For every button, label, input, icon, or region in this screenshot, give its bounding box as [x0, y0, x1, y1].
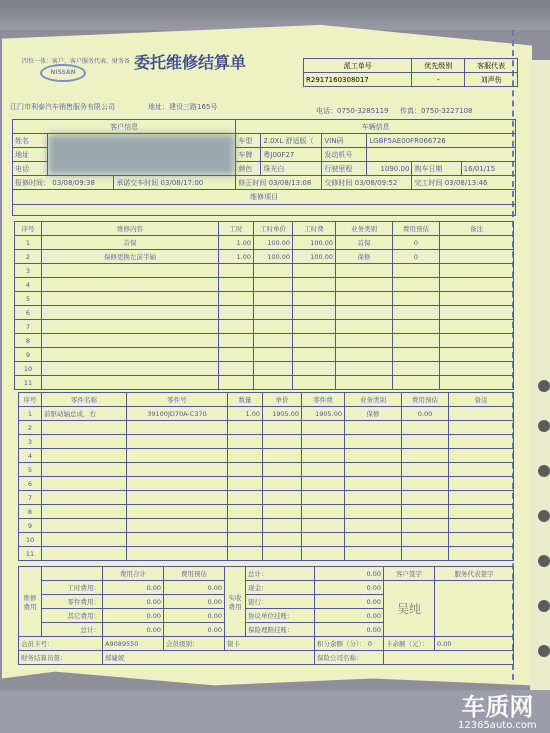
- table-cell: 1.00: [228, 407, 263, 421]
- table-cell: 保修更换左前半轴: [42, 250, 219, 264]
- table-cell: 8: [15, 334, 42, 348]
- table-cell: [219, 376, 254, 390]
- table-cell: [302, 435, 345, 449]
- points: 积分余额（分）： 0: [315, 637, 384, 651]
- table-row: 7: [19, 491, 514, 505]
- table-cell: 0: [393, 236, 440, 250]
- table-cell: 2: [19, 421, 42, 435]
- purchase-date-label: 购车日期: [412, 162, 461, 176]
- company-name: 江门市利泰汽车销售服务有限公司: [10, 102, 115, 112]
- table-cell: [393, 306, 440, 320]
- table-cell: [293, 334, 336, 348]
- col-qty: 数量: [228, 393, 263, 407]
- table-cell: [302, 519, 345, 533]
- cash-value: 0.00: [315, 581, 384, 595]
- cash-label: 现金：: [246, 581, 315, 595]
- table-cell: [393, 334, 440, 348]
- table-cell: [402, 547, 449, 561]
- table-cell: [228, 421, 263, 435]
- customer-info-title: 客户信息: [13, 120, 236, 134]
- member-level-label: 会员级别：: [164, 637, 225, 651]
- col-part-name: 零件名称: [42, 393, 127, 407]
- phone-label: 电话: [13, 162, 48, 176]
- settle-time: 交修时间 03/08/09:52: [322, 176, 412, 190]
- table-cell: [219, 348, 254, 362]
- table-cell: [449, 505, 514, 519]
- customer-details-redacted: [48, 134, 236, 176]
- table-cell: [219, 278, 254, 292]
- table-cell: 7: [19, 491, 42, 505]
- agreement-unit-value: 0.00: [315, 609, 384, 623]
- service-rep-signature: [435, 581, 514, 637]
- table-cell: [127, 533, 228, 547]
- feed-hole: [538, 555, 550, 567]
- table-cell: [449, 421, 514, 435]
- table-cell: [42, 292, 219, 306]
- vin-value: LGBF5AE00FR066726: [367, 134, 516, 148]
- table-cell: [254, 334, 293, 348]
- insurance-company-label: 保险公司名称：: [315, 651, 384, 665]
- table-cell: [440, 278, 514, 292]
- table-cell: 8: [19, 505, 42, 519]
- table-cell: [449, 547, 514, 561]
- card-balance-label: 卡余额（元）：: [384, 637, 435, 651]
- table-cell: [302, 449, 345, 463]
- header-priority: 优先级别: [412, 59, 465, 73]
- table-cell: 100.00: [293, 236, 336, 250]
- col-repair-content: 维修内容: [42, 222, 219, 236]
- table-cell: [42, 463, 127, 477]
- table-cell: [345, 519, 402, 533]
- table-row: 8: [19, 505, 514, 519]
- table-cell: [440, 236, 514, 250]
- grand-total-label: 总计：: [42, 623, 103, 637]
- parts-table: 序号 零件名称 零件号 数量 单价 零件费 业务类别 费用预估 备注 1前驱动轴…: [18, 392, 514, 561]
- table-cell: [228, 449, 263, 463]
- table-row: 6: [19, 477, 514, 491]
- table-cell: [254, 376, 293, 390]
- labor-fee-total: 0.00: [103, 581, 164, 595]
- actual-fee-label: 实收费用: [225, 567, 246, 637]
- model-label: 车型: [236, 134, 261, 148]
- feed-hole: [538, 645, 550, 657]
- table-cell: 4: [15, 278, 42, 292]
- table-cell: 9: [15, 348, 42, 362]
- table-cell: [336, 278, 393, 292]
- table-cell: [42, 505, 127, 519]
- table-cell: [449, 477, 514, 491]
- table-row: 4: [19, 449, 514, 463]
- table-cell: [393, 348, 440, 362]
- nissan-logo-icon: NISSAN: [40, 64, 86, 82]
- table-row: 1前驱动轴总成，右39100JD70A-C3701.001905.001905.…: [19, 407, 514, 421]
- table-cell: 首保: [42, 236, 219, 250]
- table-cell: [393, 376, 440, 390]
- table-cell: [228, 505, 263, 519]
- correction-time: 修正时间 03/08/13:08: [236, 176, 322, 190]
- settlement-label: 财务结算员签：: [19, 651, 103, 665]
- table-cell: [42, 491, 127, 505]
- table-cell: 1: [15, 236, 42, 250]
- table-cell: [42, 334, 219, 348]
- table-cell: [402, 463, 449, 477]
- table-cell: 2: [15, 250, 42, 264]
- table-cell: 3: [15, 264, 42, 278]
- table-cell: 100.00: [254, 236, 293, 250]
- company-address: 地址：建设三路165号: [148, 102, 217, 112]
- table-cell: 3: [19, 435, 42, 449]
- table-cell: [440, 348, 514, 362]
- table-row: 7: [15, 320, 514, 334]
- feed-hole: [538, 420, 550, 432]
- col-part-no: 零件号: [127, 393, 228, 407]
- table-cell: [336, 334, 393, 348]
- table-cell: [42, 348, 219, 362]
- member-no-label: 会员卡号：: [19, 637, 103, 651]
- table-cell: [302, 547, 345, 561]
- table-cell: [336, 348, 393, 362]
- col-remark: 备注: [449, 393, 514, 407]
- repair-items-title: 维修项目: [13, 190, 516, 205]
- table-cell: [263, 533, 302, 547]
- feed-hole: [538, 465, 550, 477]
- table-cell: 前驱动轴总成，右: [42, 407, 127, 421]
- table-cell: [393, 320, 440, 334]
- table-cell: [449, 491, 514, 505]
- table-cell: [402, 519, 449, 533]
- table-cell: [228, 477, 263, 491]
- table-cell: 100.00: [293, 250, 336, 264]
- mileage-value: 1090.00: [367, 162, 412, 176]
- engine-label: 发动机号: [322, 148, 367, 162]
- table-cell: 11: [19, 547, 42, 561]
- table-cell: [127, 477, 228, 491]
- fee-estimate-header: 费用预估: [164, 567, 225, 581]
- table-cell: [440, 376, 514, 390]
- table-cell: 11: [15, 376, 42, 390]
- col-no: 序号: [15, 222, 42, 236]
- table-cell: [440, 306, 514, 320]
- parts-fee-label: 零件费用：: [42, 595, 103, 609]
- table-cell: [345, 505, 402, 519]
- table-cell: [293, 362, 336, 376]
- table-cell: [402, 421, 449, 435]
- table-cell: 9: [19, 519, 42, 533]
- fees-summary: 维修费用 费用合计 费用预估 实收费用 总计： 0.00 客户签字 服务代表签字…: [18, 566, 514, 665]
- insurance-company-value: [384, 651, 514, 665]
- table-cell: [42, 477, 127, 491]
- table-cell: [127, 547, 228, 561]
- table-cell: [127, 519, 228, 533]
- table-cell: [228, 491, 263, 505]
- table-cell: [302, 463, 345, 477]
- table-cell: [219, 306, 254, 320]
- table-cell: [228, 547, 263, 561]
- table-cell: [42, 519, 127, 533]
- table-cell: [127, 421, 228, 435]
- service-rep-value: 刘声伤: [465, 73, 518, 87]
- mileage-label: 行驶里程: [322, 162, 367, 176]
- table-cell: [263, 547, 302, 561]
- table-row: 2: [19, 421, 514, 435]
- table-cell: [42, 435, 127, 449]
- customer-sign-label: 客户签字: [384, 567, 435, 581]
- table-cell: [345, 491, 402, 505]
- table-cell: [293, 320, 336, 334]
- col-estimate: 费用预估: [402, 393, 449, 407]
- fee-total-header: 费用合计: [103, 567, 164, 581]
- table-cell: [393, 278, 440, 292]
- agreement-unit-label: 协议单位挂账：: [246, 609, 315, 623]
- table-cell: 首保: [336, 236, 393, 250]
- table-cell: [336, 306, 393, 320]
- table-cell: [440, 250, 514, 264]
- table-cell: 6: [19, 477, 42, 491]
- table-cell: [345, 533, 402, 547]
- labor-fee-label: 工时费用：: [42, 581, 103, 595]
- table-cell: [219, 362, 254, 376]
- insurance-claim-value: 0.00: [315, 623, 384, 637]
- feed-hole: [538, 380, 550, 392]
- blank-row: [13, 205, 516, 216]
- other-fee-label: 其它费用：: [42, 609, 103, 623]
- table-cell: [293, 306, 336, 320]
- table-cell: [263, 505, 302, 519]
- table-cell: [228, 435, 263, 449]
- tractor-feed-strip: [530, 60, 550, 700]
- table-cell: [254, 362, 293, 376]
- table-cell: [302, 533, 345, 547]
- priority-value: -: [412, 73, 465, 87]
- table-cell: [449, 463, 514, 477]
- parts-fee-estimate: 0.00: [164, 595, 225, 609]
- table-cell: [293, 264, 336, 278]
- address-label: 地址: [13, 148, 48, 162]
- table-cell: [293, 278, 336, 292]
- table-cell: 1905.00: [302, 407, 345, 421]
- table-cell: [293, 376, 336, 390]
- work-order-no: R2917160308017: [304, 73, 412, 87]
- table-cell: [254, 292, 293, 306]
- vin-label: VIN码: [322, 134, 367, 148]
- table-cell: [219, 292, 254, 306]
- table-cell: [127, 449, 228, 463]
- table-cell: [219, 320, 254, 334]
- form-title: 委托维修结算单: [134, 50, 246, 73]
- table-row: 11: [15, 376, 514, 390]
- table-cell: [440, 292, 514, 306]
- table-cell: [402, 435, 449, 449]
- table-cell: [42, 533, 127, 547]
- table-cell: [302, 421, 345, 435]
- table-cell: 39100JD70A-C370: [127, 407, 228, 421]
- col-hours: 工时: [219, 222, 254, 236]
- table-cell: [263, 449, 302, 463]
- table-cell: 5: [19, 463, 42, 477]
- actual-total-value: 0.00: [315, 567, 384, 581]
- table-cell: [345, 547, 402, 561]
- table-cell: [127, 491, 228, 505]
- col-labor-fee: 工时费: [293, 222, 336, 236]
- labor-fee-estimate: 0.00: [164, 581, 225, 595]
- table-cell: [42, 449, 127, 463]
- table-cell: [293, 292, 336, 306]
- plate-label: 车牌: [236, 148, 261, 162]
- table-cell: [219, 334, 254, 348]
- table-cell: 10: [19, 533, 42, 547]
- table-cell: [302, 491, 345, 505]
- table-cell: [449, 407, 514, 421]
- table-cell: [393, 292, 440, 306]
- watermark: 车质网 12365auto.com: [458, 694, 537, 731]
- table-cell: [127, 435, 228, 449]
- table-cell: [254, 264, 293, 278]
- table-row: 4: [15, 278, 514, 292]
- service-rep-sign-label: 服务代表签字: [435, 567, 514, 581]
- table-cell: [127, 463, 228, 477]
- col-part-fee: 零件费: [302, 393, 345, 407]
- table-cell: [345, 477, 402, 491]
- table-cell: 1.00: [219, 250, 254, 264]
- table-row: 10: [19, 533, 514, 547]
- feed-hole: [538, 600, 550, 612]
- labor-table: 序号 维修内容 工时 工时单价 工时费 业务类别 费用预估 备注 1首保1.00…: [14, 221, 514, 390]
- table-cell: [302, 477, 345, 491]
- table-cell: [440, 362, 514, 376]
- table-row: 9: [15, 348, 514, 362]
- table-cell: [42, 320, 219, 334]
- col-remark: 备注: [440, 222, 514, 236]
- table-cell: [42, 264, 219, 278]
- table-cell: [42, 306, 219, 320]
- customer-vehicle-info: 客户信息 车辆信息 姓名 车型 2.0XL 舒适版（ VIN码 LGBF5AE0…: [12, 119, 516, 216]
- table-cell: 保修: [345, 407, 402, 421]
- engine-value: [367, 148, 516, 162]
- table-row: 6: [15, 306, 514, 320]
- table-row: 8: [15, 334, 514, 348]
- table-cell: [440, 320, 514, 334]
- header-work-order-no: 派工单号: [304, 59, 412, 73]
- table-cell: [263, 421, 302, 435]
- company-fax: 传真：0750-3227108: [400, 106, 473, 116]
- table-cell: 1: [19, 407, 42, 421]
- table-cell: [345, 421, 402, 435]
- table-row: 11: [19, 547, 514, 561]
- table-cell: [393, 362, 440, 376]
- table-cell: [263, 463, 302, 477]
- table-cell: [254, 320, 293, 334]
- report-time: 报修时间： 03/08/09:38: [13, 176, 114, 190]
- grand-total-estimate: 0.00: [164, 623, 225, 637]
- table-cell: [263, 435, 302, 449]
- card-balance-value: 0.00: [435, 637, 514, 651]
- header-service-rep: 客服代表: [465, 59, 518, 73]
- table-cell: 7: [15, 320, 42, 334]
- table-cell: 0: [393, 250, 440, 264]
- table-cell: [336, 320, 393, 334]
- table-cell: [440, 334, 514, 348]
- table-cell: 0.00: [402, 407, 449, 421]
- background-top: [0, 0, 550, 30]
- form-subtitle: 四位一体：客户、客户服务代表、财务备: [22, 56, 130, 65]
- other-fee-estimate: 0.00: [164, 609, 225, 623]
- member-level-value: 银卡: [225, 637, 315, 651]
- table-cell: [127, 505, 228, 519]
- color-value: 珠光白: [261, 162, 322, 176]
- watermark-url: 12365auto.com: [458, 720, 537, 731]
- promised-time: 承诺交车时间 03/08/17:00: [114, 176, 236, 190]
- table-cell: [263, 491, 302, 505]
- table-cell: 6: [15, 306, 42, 320]
- table-row: 3: [15, 264, 514, 278]
- table-cell: [402, 449, 449, 463]
- table-cell: [228, 533, 263, 547]
- table-cell: [42, 376, 219, 390]
- col-business-type: 业务类别: [345, 393, 402, 407]
- col-no: 序号: [19, 393, 42, 407]
- table-row: 2保修更换左前半轴1.00100.00100.00保修0: [15, 250, 514, 264]
- customer-signature: 吴纯: [384, 581, 435, 637]
- bank-label: 银行：: [246, 595, 315, 609]
- table-cell: [228, 463, 263, 477]
- col-hour-price: 工时单价: [254, 222, 293, 236]
- table-row: 5: [19, 463, 514, 477]
- table-row: 5: [15, 292, 514, 306]
- table-cell: [336, 264, 393, 278]
- col-unit-price: 单价: [263, 393, 302, 407]
- vehicle-info-title: 车辆信息: [236, 120, 516, 134]
- actual-total-label: 总计：: [246, 567, 315, 581]
- watermark-brand: 车质网: [458, 694, 537, 720]
- insurance-claim-label: 保险理赔挂账：: [246, 623, 315, 637]
- table-row: 1首保1.00100.00100.00首保0: [15, 236, 514, 250]
- table-cell: [302, 505, 345, 519]
- company-phone: 电话：0750-3285119: [316, 106, 389, 116]
- table-cell: [393, 264, 440, 278]
- purchase-date-value: 16/01/15: [461, 162, 515, 176]
- color-label: 颜色: [236, 162, 261, 176]
- table-cell: [449, 519, 514, 533]
- table-cell: [293, 348, 336, 362]
- col-business-type: 业务类别: [336, 222, 393, 236]
- plate-value: 粤J00F27: [261, 148, 322, 162]
- table-cell: [449, 435, 514, 449]
- table-cell: [402, 505, 449, 519]
- table-cell: [263, 519, 302, 533]
- table-cell: [336, 292, 393, 306]
- table-cell: 1.00: [219, 236, 254, 250]
- table-cell: [402, 477, 449, 491]
- table-cell: [345, 449, 402, 463]
- feed-hole: [538, 510, 550, 522]
- table-cell: 5: [15, 292, 42, 306]
- table-cell: 4: [19, 449, 42, 463]
- table-cell: 保修: [336, 250, 393, 264]
- table-cell: [402, 533, 449, 547]
- complete-time: 完工时间 03/08/13:46: [412, 176, 516, 190]
- name-label: 姓名: [13, 134, 48, 148]
- table-cell: [345, 463, 402, 477]
- table-row: 9: [19, 519, 514, 533]
- table-cell: [345, 435, 402, 449]
- table-cell: [336, 376, 393, 390]
- table-cell: [254, 306, 293, 320]
- table-cell: [42, 362, 219, 376]
- grand-total-value: 0.00: [103, 623, 164, 637]
- settlement-name: 郑婕妮: [103, 651, 315, 665]
- col-estimate: 费用预估: [393, 222, 440, 236]
- table-cell: [254, 348, 293, 362]
